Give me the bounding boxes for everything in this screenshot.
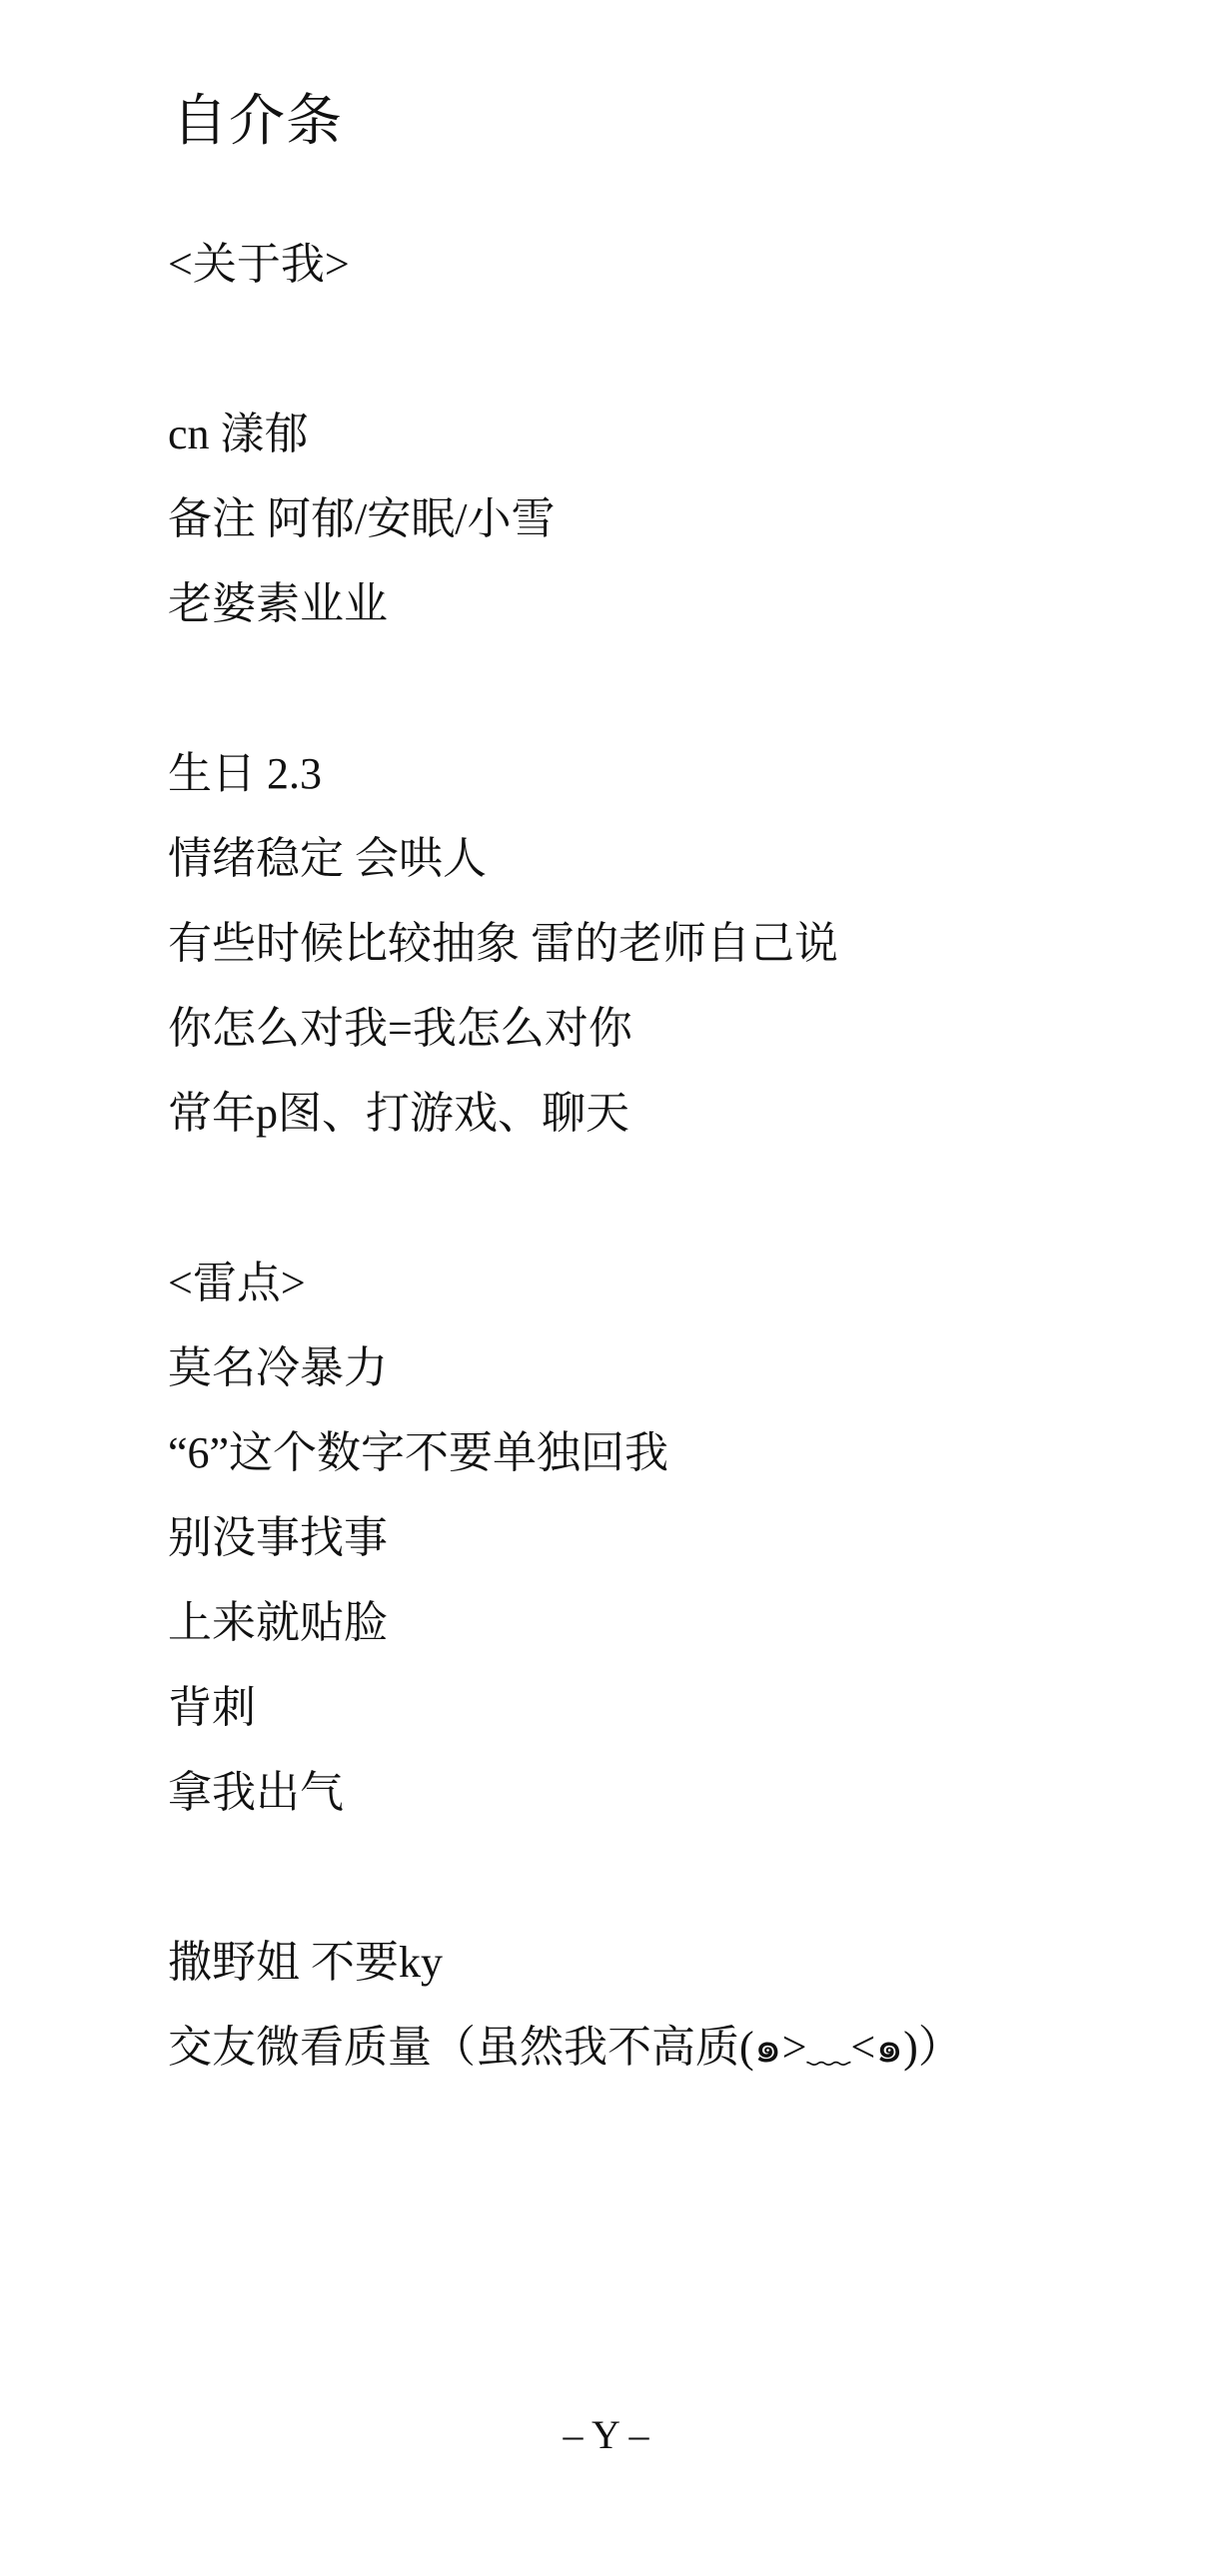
text-line-dislike-2: “6”这个数字不要单独回我 — [168, 1410, 1127, 1495]
text-line-hobbies: 常年p图、打游戏、聊天 — [168, 1071, 1127, 1156]
text-line-cn: cn 漾郁 — [168, 392, 1127, 476]
section-heading-dislikes: <雷点> — [168, 1241, 1127, 1325]
spacer — [168, 307, 1127, 392]
section-heading-about-me: <关于我> — [168, 222, 1127, 307]
text-line-reciprocity: 你怎么对我=我怎么对你 — [168, 986, 1127, 1071]
document-page: 自介条 <关于我> cn 漾郁 备注 阿郁/安眠/小雪 老婆素业业 生日 2.3… — [0, 0, 1212, 2576]
text-line-dislike-1: 莫名冷暴力 — [168, 1325, 1127, 1410]
page-footer: – Y – — [0, 2407, 1212, 2463]
text-line-dislike-3: 别没事找事 — [168, 1495, 1127, 1580]
spacer — [168, 1835, 1127, 1920]
text-line-dislike-4: 上来就贴脸 — [168, 1580, 1127, 1665]
document-title: 自介条 — [172, 82, 343, 162]
text-line-abstract: 有些时候比较抽象 雷的老师自己说 — [168, 901, 1127, 986]
text-line-nickname: 备注 阿郁/安眠/小雪 — [168, 476, 1127, 561]
spacer — [168, 646, 1127, 731]
text-line-birthday: 生日 2.3 — [168, 731, 1127, 816]
text-line-dislike-5: 背刺 — [168, 1665, 1127, 1750]
text-line-dislike-6: 拿我出气 — [168, 1750, 1127, 1835]
text-line-note-2: 交友微看质量（虽然我不高质(๑>﹏<๑)） — [168, 2005, 1127, 2090]
document-body: <关于我> cn 漾郁 备注 阿郁/安眠/小雪 老婆素业业 生日 2.3 情绪稳… — [168, 222, 1127, 2090]
text-line-note-1: 撒野姐 不要ky — [168, 1920, 1127, 2005]
text-line-partner: 老婆素业业 — [168, 561, 1127, 646]
spacer — [168, 1156, 1127, 1241]
text-line-personality: 情绪稳定 会哄人 — [168, 816, 1127, 901]
